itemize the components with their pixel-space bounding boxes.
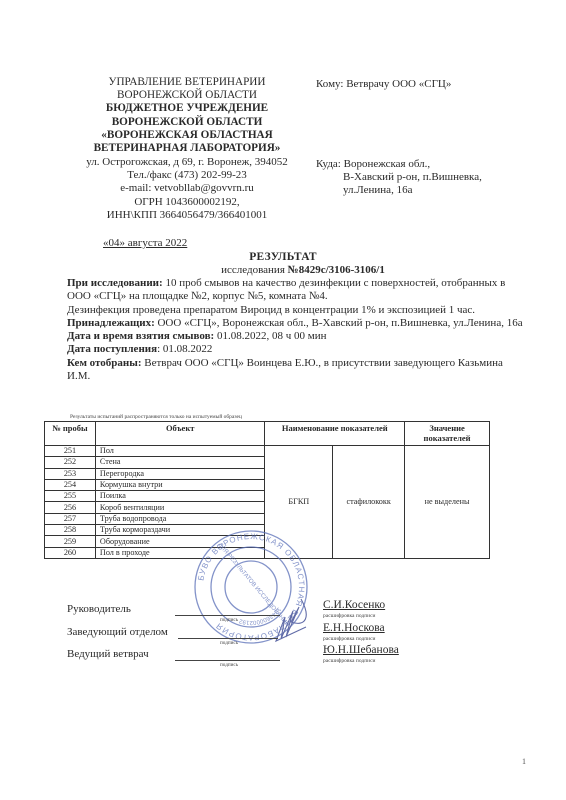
- field-sampled-by: Кем отобраны: Ветврач ООО «СГЦ» Воинцева…: [67, 357, 527, 384]
- header-indicator: Наименование показателей: [265, 422, 405, 446]
- sender-address: ул. Острогожская, д 69, г. Воронеж, 3940…: [62, 156, 312, 169]
- field-value: 01.08.2022, 08 ч 00 мин: [214, 330, 326, 342]
- field-disinfection: Дезинфекция проведена препаратом Вироцид…: [67, 304, 527, 317]
- sample-object: Поилка: [95, 491, 265, 502]
- sender-line: ВОРОНЕЖСКОЙ ОБЛАСТИ: [62, 116, 312, 129]
- signature-caption: подпись: [220, 662, 238, 668]
- sample-number: 258: [45, 525, 96, 536]
- sample-object: Стена: [95, 457, 265, 468]
- sender-line: «ВОРОНЕЖСКАЯ ОБЛАСТНАЯ: [62, 129, 312, 142]
- sample-object: Труба кормораздачи: [95, 525, 265, 536]
- signature-decode: расшифровка подписи: [323, 658, 375, 664]
- signatory-name: Е.Н.Носкова: [323, 622, 385, 634]
- field-value: : 01.08.2022: [157, 343, 212, 355]
- sample-object: Пол в проходе: [95, 547, 265, 558]
- sample-number: 251: [45, 446, 96, 457]
- field-owner: Принадлежащих: ООО «СГЦ», Воронежская об…: [67, 317, 527, 330]
- field-value: ООО «СГЦ», Воронежская обл., В-Хавский р…: [155, 317, 523, 329]
- header-sample-number: № пробы: [45, 422, 96, 446]
- sample-number: 260: [45, 547, 96, 558]
- signature-line: [178, 638, 278, 639]
- sample-number: 259: [45, 536, 96, 547]
- signature-decode: расшифровка подписи: [323, 636, 375, 642]
- sample-number: 257: [45, 513, 96, 524]
- signature-caption: подпись: [220, 640, 238, 646]
- field-label: Кем отобраны:: [67, 357, 142, 369]
- field-sampling-date: Дата и время взятия смывов: 01.08.2022, …: [67, 330, 527, 343]
- signature-role: Руководитель: [67, 603, 131, 615]
- sender-phone: Тел./факс (473) 202-99-23: [62, 169, 312, 182]
- indicator-name: стафилококк: [333, 446, 405, 559]
- signature-caption: подпись: [220, 617, 238, 623]
- field-label: Дата поступления: [67, 343, 157, 355]
- sample-object: Короб вентиляции: [95, 502, 265, 513]
- table-row: 251ПолБГКПстафилококкне выделены: [45, 446, 490, 457]
- recipient-where: Куда: Воронежская обл., В-Хавский р-он, …: [316, 158, 482, 198]
- sample-number: 253: [45, 468, 96, 479]
- result-number: №8429с/3106-3106/1: [288, 264, 385, 276]
- recipient-where-line: ул.Ленина, 16а: [316, 184, 482, 197]
- sender-line: ВЕТЕРИНАРНАЯ ЛАБОРАТОРИЯ»: [62, 142, 312, 155]
- sender-line: ВОРОНЕЖСКОЙ ОБЛАСТИ: [62, 89, 312, 102]
- field-label: Принадлежащих:: [67, 317, 155, 329]
- header-value: Значение показателей: [405, 422, 490, 446]
- result-subtitle: исследования №8429с/3106-3106/1: [0, 264, 566, 276]
- result-title: РЕЗУЛЬТАТ: [0, 251, 566, 263]
- sender-ogrn: ОГРН 1043600002192,: [62, 196, 312, 209]
- signature-scribble: [276, 599, 306, 641]
- recipient-where-line: Куда: Воронежская обл.,: [316, 158, 482, 171]
- sample-number: 256: [45, 502, 96, 513]
- result-subtitle-prefix: исследования: [221, 264, 288, 276]
- header-object: Объект: [95, 422, 265, 446]
- recipient-where-line: В-Хавский р-он, п.Вишневка,: [316, 171, 482, 184]
- sample-object: Кормушка внутри: [95, 479, 265, 490]
- indicator-value: не выделены: [405, 446, 490, 559]
- page-number: 1: [522, 757, 526, 766]
- signature-role: Ведущий ветврач: [67, 648, 149, 660]
- sender-email: e-mail: vetvobllab@govvrn.ru: [62, 182, 312, 195]
- signatory-name: Ю.Н.Шебанова: [323, 644, 399, 656]
- sample-number: 252: [45, 457, 96, 468]
- field-receipt-date: Дата поступления: 01.08.2022: [67, 343, 527, 356]
- field-value: Дезинфекция проведена препаратом Вироцид…: [67, 304, 475, 316]
- sample-object: Оборудование: [95, 536, 265, 547]
- result-fields: При исследовании: 10 проб смывов на каче…: [67, 277, 527, 383]
- signatory-name: С.И.Косенко: [323, 599, 385, 611]
- field-label: При исследовании:: [67, 277, 163, 289]
- table-note: Результаты испытаний распространяются то…: [70, 414, 242, 420]
- signature-line: [175, 660, 280, 661]
- sender-inn-kpp: ИНН\КПП 3664056479/366401001: [62, 209, 312, 222]
- sample-number: 255: [45, 491, 96, 502]
- sender-organization: УПРАВЛЕНИЕ ВЕТЕРИНАРИИ ВОРОНЕЖСКОЙ ОБЛАС…: [62, 76, 312, 155]
- sender-contacts: ул. Острогожская, д 69, г. Воронеж, 3940…: [62, 156, 312, 222]
- indicator-group: БГКП: [265, 446, 333, 559]
- sample-number: 254: [45, 479, 96, 490]
- field-label: Дата и время взятия смывов:: [67, 330, 214, 342]
- field-study: При исследовании: 10 проб смывов на каче…: [67, 277, 527, 304]
- sample-object: Труба водопровода: [95, 513, 265, 524]
- signature-role: Заведующий отделом: [67, 626, 168, 638]
- sample-object: Перегородка: [95, 468, 265, 479]
- sender-line: УПРАВЛЕНИЕ ВЕТЕРИНАРИИ: [62, 76, 312, 89]
- results-table: № пробы Объект Наименование показателей …: [44, 421, 490, 559]
- recipient-to: Кому: Ветврачу ООО «СГЦ»: [316, 78, 451, 90]
- signature-decode: расшифровка подписи: [323, 613, 375, 619]
- sample-object: Пол: [95, 446, 265, 457]
- signature-line: [175, 615, 280, 616]
- document-date: «04» августа 2022: [103, 237, 187, 249]
- sender-line: БЮДЖЕТНОЕ УЧРЕЖДЕНИЕ: [62, 102, 312, 115]
